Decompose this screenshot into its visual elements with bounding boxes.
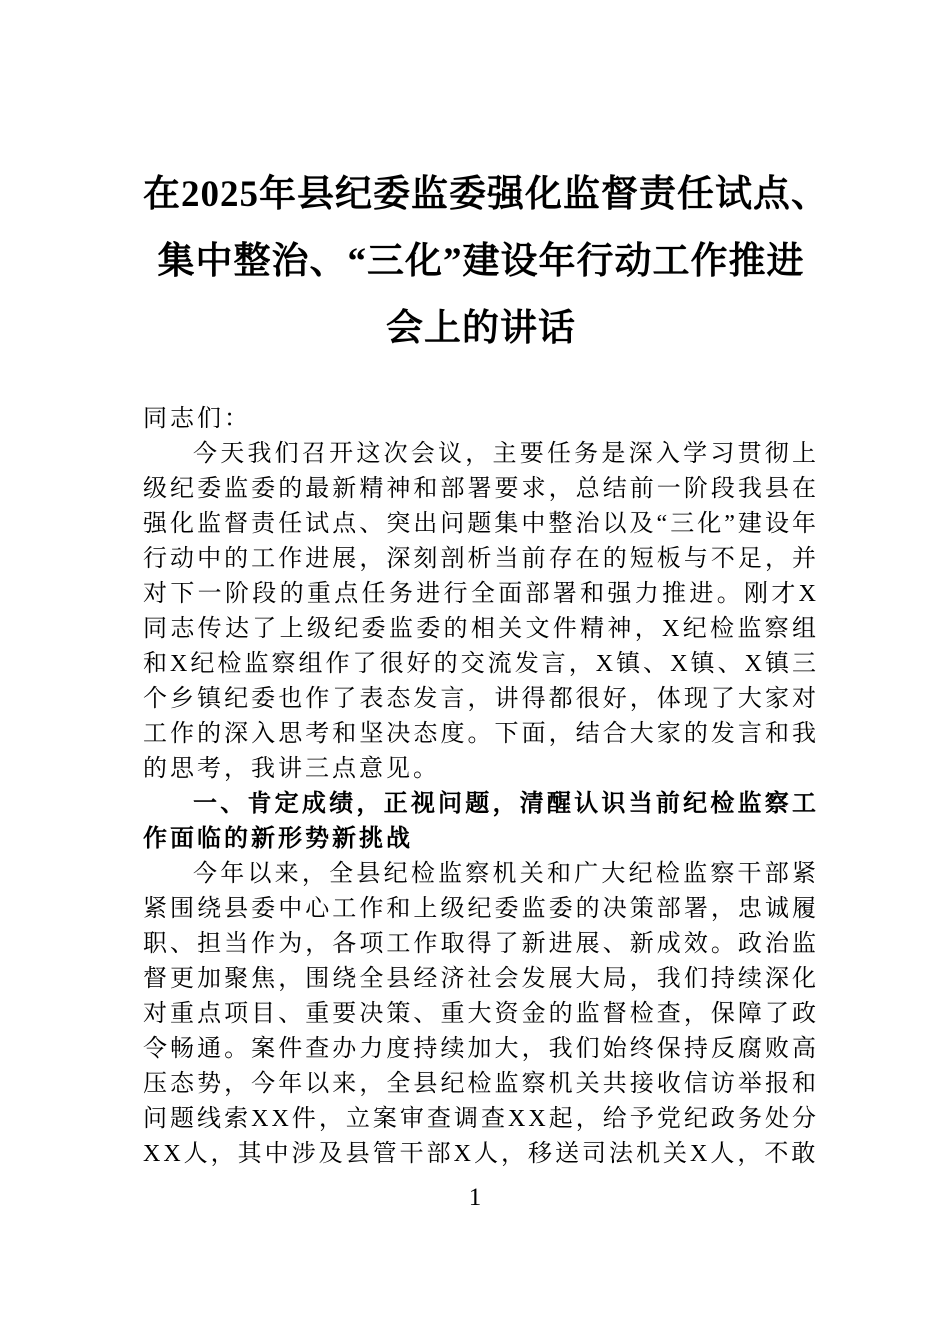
paragraph: 今年以来，全县纪检监察机关和广大纪检监察干部紧紧围绕县委中心工作和上级纪委监委的… <box>143 857 819 1172</box>
document-title: 在2025年县纪委监委强化监督责任试点、集中整治、“三化”建设年行动工作推进会上… <box>143 161 819 362</box>
paragraph: 同志们： <box>143 402 819 437</box>
page-number: 1 <box>0 1184 950 1212</box>
paragraph: 今天我们召开这次会议，主要任务是深入学习贯彻上级纪委监委的最新精神和部署要求，总… <box>143 437 819 787</box>
document-content: 在2025年县纪委监委强化监督责任试点、集中整治、“三化”建设年行动工作推进会上… <box>143 161 819 1172</box>
paragraph: 一、肯定成绩，正视问题，清醒认识当前纪检监察工作面临的新形势新挑战 <box>143 787 819 857</box>
document-body: 同志们：今天我们召开这次会议，主要任务是深入学习贯彻上级纪委监委的最新精神和部署… <box>143 402 819 1172</box>
title-line: 集中整治、“三化”建设年行动工作推进 <box>143 228 819 295</box>
title-line: 会上的讲话 <box>143 295 819 362</box>
document-page: 在2025年县纪委监委强化监督责任试点、集中整治、“三化”建设年行动工作推进会上… <box>0 0 950 1344</box>
title-line: 在2025年县纪委监委强化监督责任试点、 <box>143 161 819 228</box>
